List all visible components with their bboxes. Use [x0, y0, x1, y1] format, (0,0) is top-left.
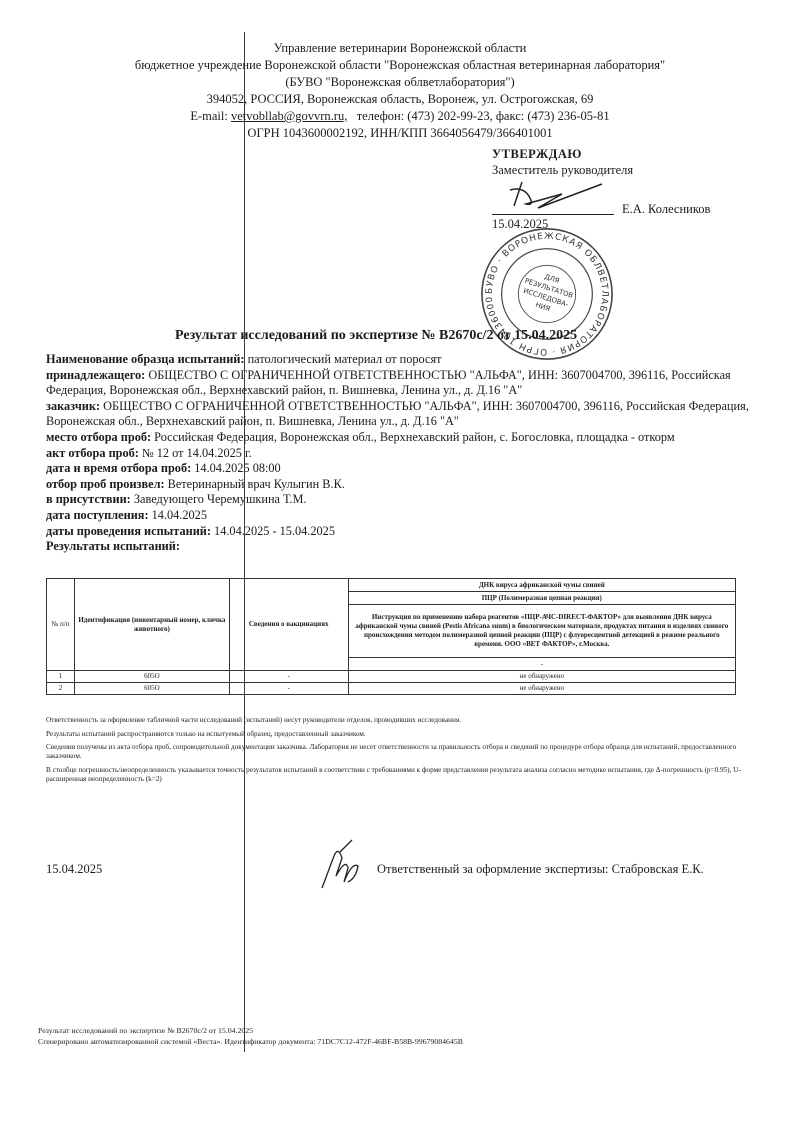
header-contacts: E-mail: vetvobllab@govvrn.ru, телефон: (… — [60, 108, 740, 125]
letterhead: Управление ветеринарии Воронежской облас… — [60, 40, 740, 142]
field-sampling-act: акт отбора проб: № 12 от 14.04.2025 г. — [46, 446, 766, 462]
responsible-signature-icon — [312, 838, 368, 894]
footer-generated: Сгенерировано автоматизированной системо… — [38, 1036, 463, 1047]
header-line-1: Управление ветеринарии Воронежской облас… — [60, 40, 740, 57]
note-3: Сведения получены из акта отбора проб, с… — [46, 743, 746, 761]
col-num-header: № п/п — [47, 579, 75, 671]
header-line-2: бюджетное учреждение Воронежской области… — [60, 57, 740, 74]
method-header: ПЦР (Полимеразная цепная реакция) — [348, 592, 735, 605]
footer-date: 15.04.2025 — [46, 862, 102, 877]
table-row: 2 605О - не обнаружено — [47, 683, 736, 695]
phones: телефон: (473) 202-99-23, факс: (473) 23… — [357, 109, 610, 123]
header-ogrn: ОГРН 1043600002192, ИНН/КПП 3664056479/3… — [60, 125, 740, 142]
signature-line — [492, 214, 614, 215]
approval-title: УТВЕРЖДАЮ — [492, 146, 633, 162]
email-link[interactable]: vetvobllab@govvrn.ru, — [231, 109, 347, 123]
field-received-date: дата поступления: 14.04.2025 — [46, 508, 766, 524]
col-id-header: Идентификация (инвентарный номер, кличка… — [74, 579, 229, 671]
col-info-header: Сведения о вакцинациях — [229, 579, 348, 671]
document-title: Результат исследований по экспертизе № B… — [175, 328, 577, 344]
notes: Ответственность за оформление табличной … — [46, 716, 746, 788]
field-sample-name: Наименование образца испытаний: патологи… — [46, 352, 766, 368]
document-footer: Результат исследований по экспертизе № B… — [38, 1025, 463, 1047]
method-doc-header: Инструкция по применению набора реагенто… — [348, 605, 735, 658]
norm-cell: - — [348, 658, 735, 671]
header-address: 394052, РОССИЯ, Воронежская область, Вор… — [60, 91, 740, 108]
results-table: № п/п Идентификация (инвентарный номер, … — [46, 578, 736, 695]
note-4: В столбце погрешность/неопределенность у… — [46, 766, 746, 784]
field-sampled-by: отбор проб произвел: Ветеринарный врач К… — [46, 477, 766, 493]
email-label: E-mail: — [190, 109, 228, 123]
field-sampling-datetime: дата и время отбора проб: 14.04.2025 08:… — [46, 461, 766, 477]
field-customer: заказчик: ОБЩЕСТВО С ОГРАНИЧЕННОЙ ОТВЕТС… — [46, 399, 766, 430]
field-in-presence: в присутствии: Заведующего Черемушкина Т… — [46, 492, 766, 508]
header-line-3: (БУВО "Воронежская облветлаборатория") — [60, 74, 740, 91]
approval-signer: Е.А. Колесников — [622, 201, 710, 217]
signature-icon — [502, 176, 612, 214]
sample-details: Наименование образца испытаний: патологи… — [46, 352, 766, 555]
indicator-header: ДНК вируса африканской чумы свиней — [348, 579, 735, 592]
footer-ref: Результат исследований по экспертизе № B… — [38, 1025, 463, 1036]
note-2: Результаты испытаний распространяются то… — [46, 730, 746, 739]
table-row: 1 605О - не обнаружено — [47, 671, 736, 683]
field-test-dates: даты проведения испытаний: 14.04.2025 - … — [46, 524, 766, 540]
note-1: Ответственность за оформление табличной … — [46, 716, 746, 725]
responsible-person: Ответственный за оформление экспертизы: … — [377, 862, 704, 877]
approval-block: УТВЕРЖДАЮ Заместитель руководителя Е.А. … — [492, 146, 633, 178]
field-owner: принадлежащего: ОБЩЕСТВО С ОГРАНИЧЕННОЙ … — [46, 368, 766, 399]
field-sampling-place: место отбора проб: Российская Федерация,… — [46, 430, 766, 446]
table-header-row: № п/п Идентификация (инвентарный номер, … — [47, 579, 736, 592]
results-label: Результаты испытаний: — [46, 539, 766, 555]
